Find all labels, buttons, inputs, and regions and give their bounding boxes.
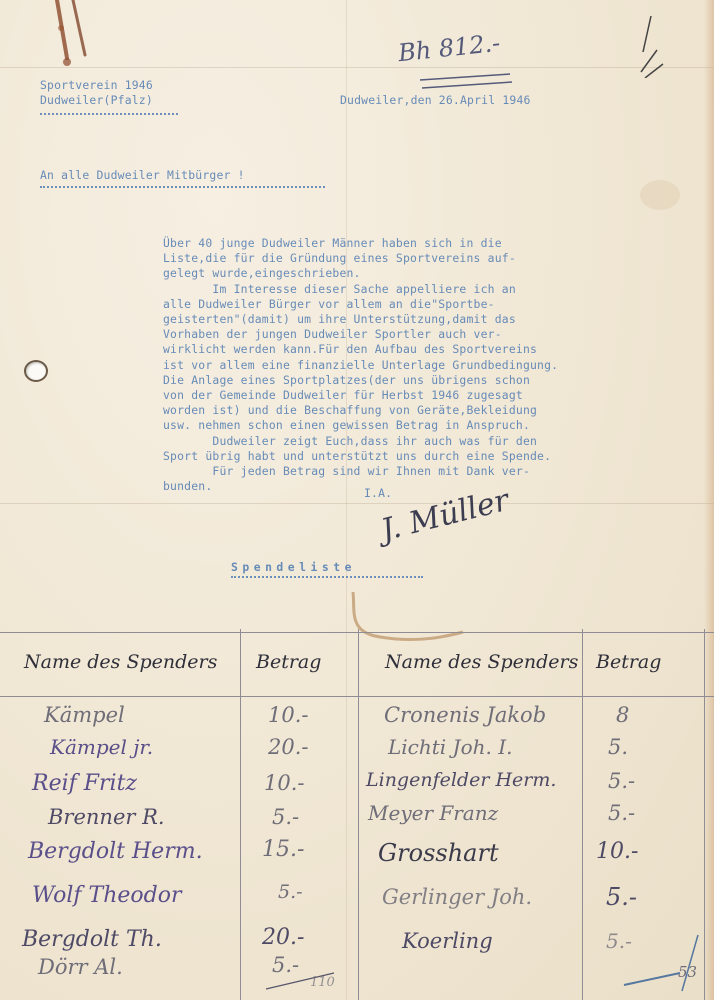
donation-amount: 5.-	[606, 883, 637, 911]
body-line: Vorhaben der jungen Dudweiler Sportler a…	[163, 327, 558, 342]
donation-amount: 20.-	[268, 735, 309, 759]
donor-name: Dörr Al.	[38, 955, 123, 979]
header-name-right: Name des Spenders	[385, 651, 578, 673]
letter-body: Über 40 junge Dudweiler Männer haben sic…	[163, 236, 558, 494]
donor-name: Meyer Franz	[368, 801, 498, 825]
donation-table: Name des Spenders Betrag Name des Spende…	[0, 629, 714, 1000]
punch-hole	[24, 360, 48, 382]
salutation: An alle Dudweiler Mitbürger !	[40, 168, 245, 183]
donation-amount: 5.-	[608, 801, 635, 825]
donor-name: Reif Fritz	[32, 771, 137, 796]
salutation-underline	[40, 186, 325, 188]
header-amount-right: Betrag	[596, 651, 661, 673]
donor-name: Brenner R.	[48, 805, 165, 829]
donation-amount: 20.-	[262, 925, 304, 950]
donation-amount: 10.-	[596, 839, 638, 864]
donor-name: Lichti Joh. I.	[388, 735, 512, 759]
donor-name: Lingenfelder Herm.	[366, 769, 556, 791]
corner-page-mark-icon	[635, 12, 671, 78]
body-line: Über 40 junge Dudweiler Männer haben sic…	[163, 236, 558, 251]
paper-stain	[640, 180, 680, 210]
donor-name: Bergdolt Th.	[22, 927, 162, 952]
header-amount-left: Betrag	[256, 651, 321, 673]
body-line: alle Dudweiler Bürger vor allem an die"S…	[163, 297, 558, 312]
donor-name: Grosshart	[378, 839, 499, 867]
table-rule	[0, 632, 714, 633]
body-line: Die Anlage eines Sportplatzes(der uns üb…	[163, 373, 558, 388]
body-line: gelegt wurde,eingeschrieben.	[163, 266, 558, 281]
list-title-underline	[231, 576, 423, 578]
table-rule	[0, 696, 714, 697]
archive-mark: Bh 812.-	[397, 29, 502, 68]
body-line: worden ist) und die Beschaffung von Gerä…	[163, 403, 558, 418]
body-line: Im Interesse dieser Sache appelliere ich…	[163, 282, 558, 297]
donor-name: Cronenis Jakob	[384, 703, 546, 727]
body-line: Dudweiler zeigt Euch,dass ihr auch was f…	[163, 434, 558, 449]
donation-amount: 5.	[608, 735, 628, 759]
donor-name: Bergdolt Herm.	[28, 839, 203, 864]
table-column-divider	[240, 629, 241, 1000]
table-column-divider	[582, 629, 583, 1000]
donation-amount: 10.-	[268, 703, 309, 727]
donor-name: Kämpel	[44, 703, 125, 727]
paper-fold-line	[0, 503, 714, 504]
subtotal-right: 53	[678, 963, 697, 981]
body-line: Sport übrig habt und unterstützt uns dur…	[163, 449, 558, 464]
table-column-divider	[358, 629, 359, 1000]
body-line: ist vor allem eine finanzielle Unterlage…	[163, 358, 558, 373]
body-line: Für jeden Betrag sind wir Ihnen mit Dank…	[163, 464, 558, 479]
donation-amount: 5.-	[278, 881, 303, 903]
header-name-left: Name des Spenders	[24, 651, 217, 673]
scanned-letter-page: Bh 812.- Sportverein 1946 Dudweiler(Pfal…	[0, 0, 714, 1000]
donor-name: Gerlinger Joh.	[382, 885, 532, 909]
donor-name: Wolf Theodor	[32, 883, 182, 908]
rust-stain-icon	[45, 0, 105, 80]
donation-amount: 15.-	[262, 837, 304, 862]
body-line: Liste,die für die Gründung eines Sportve…	[163, 251, 558, 266]
donation-amount: 8	[616, 703, 629, 727]
place-and-date: Dudweiler,den 26.April 1946	[340, 93, 531, 108]
sender-club-name: Sportverein 1946	[40, 78, 153, 93]
subtotal-left: 110	[310, 975, 335, 990]
sender-underline	[40, 113, 178, 115]
donor-name: Kämpel jr.	[50, 735, 153, 759]
paper-fold-line	[0, 67, 714, 68]
list-title: Spendeliste	[231, 560, 356, 575]
body-line: geisterten"(damit) um ihre Unterstützung…	[163, 312, 558, 327]
donation-amount: 10.-	[264, 771, 305, 795]
body-line: usw. nehmen schon einen gewissen Betrag …	[163, 418, 558, 433]
body-line: wirklicht werden kann.Für den Aufbau des…	[163, 342, 558, 357]
donor-name: Koerling	[402, 929, 493, 953]
body-line: von der Gemeinde Dudweiler für Herbst 19…	[163, 388, 558, 403]
double-underline-icon	[418, 70, 518, 92]
donation-amount: 5.-	[608, 769, 635, 793]
donation-amount: 5.-	[272, 805, 299, 829]
signoff-ia: I.A.	[364, 486, 392, 501]
sender-town: Dudweiler(Pfalz)	[40, 93, 153, 108]
